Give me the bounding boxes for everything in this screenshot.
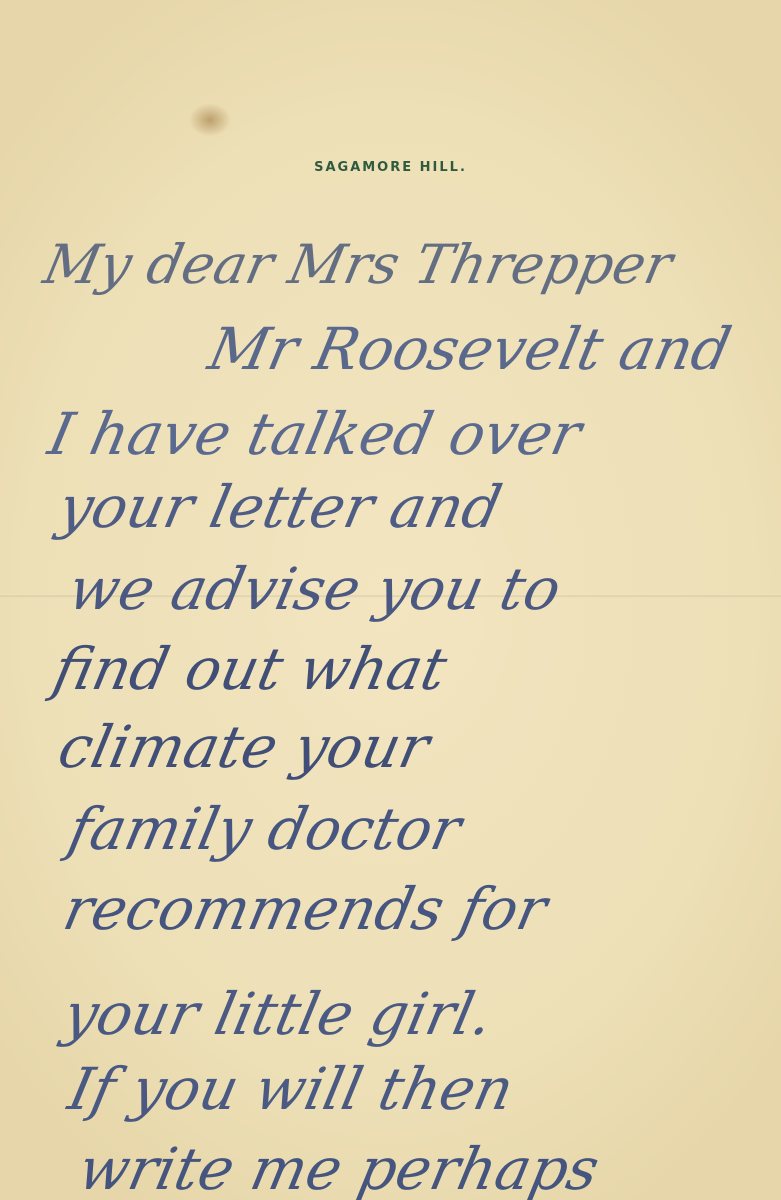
handwritten-line: If you will then — [64, 1060, 519, 1118]
handwritten-line: I have talked over — [44, 405, 586, 463]
handwritten-line: Mr Roosevelt and — [204, 320, 736, 378]
handwritten-line: we advise you to — [64, 560, 566, 618]
handwritten-line: climate your — [54, 718, 434, 776]
handwritten-line: find out what — [49, 640, 452, 698]
handwritten-line: recommends for — [59, 880, 552, 938]
handwritten-line: your little girl. — [59, 985, 498, 1043]
handwritten-line: write me perhaps — [74, 1140, 604, 1198]
letterhead: SAGAMORE HILL. — [0, 160, 781, 175]
letter-page: SAGAMORE HILL. My dear Mrs Threpper Mr R… — [0, 0, 781, 1200]
salutation-line: My dear Mrs Threpper — [39, 238, 677, 292]
handwritten-line: family doctor — [64, 800, 466, 858]
handwritten-line: your letter and — [54, 478, 507, 536]
